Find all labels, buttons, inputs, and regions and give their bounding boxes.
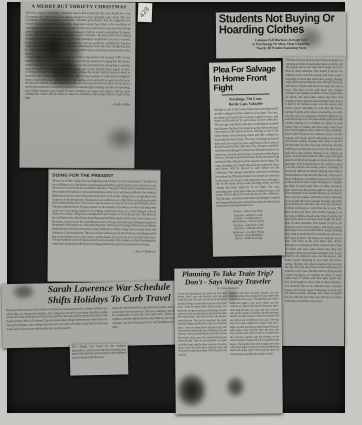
thrifty-signature: —Gayle Gibbs	[25, 102, 130, 107]
archive-number-label: 428	[139, 6, 151, 19]
train-byline: By Anne Robinson	[177, 286, 278, 290]
present-body-text: Most of us of this college have enough s…	[52, 180, 157, 248]
plea-names-list: Wilson—Mary Kay Ryan Timonds—Phyllis Loc…	[216, 209, 281, 241]
clipping-plea-for-salvage: Plea For Salvage In Home Front Fight Sto…	[209, 61, 285, 256]
students-subhead-3: Nearly All Predict Rationing Soon	[219, 45, 343, 50]
clipping-train-trip: Planning To Take Train Trip? Don't - Say…	[174, 267, 283, 414]
train-column-2: Soldiers ride first and they should, say…	[229, 291, 279, 415]
present-headline: DOING FOR THE PRESENT	[52, 173, 156, 179]
thrifty-headline: A MERRY BUT THRIFTY CHRISTMAS	[32, 5, 131, 11]
students-column-text: The lines in the poll show that clothes …	[284, 59, 342, 304]
train-columns: If you are planning to go home by train …	[177, 291, 279, 415]
train-headline-line2: Don't - Says Weary Traveler	[177, 277, 278, 286]
sarah-column-1: Because of the request of the Office of …	[6, 307, 108, 347]
clipping-students-column: The lines in the poll show that clothes …	[281, 57, 346, 346]
students-headline: Students Not Buying Or Hoarding Clothes	[219, 14, 337, 37]
thrifty-body-2: A large number of Christmas buying lists…	[25, 56, 130, 101]
present-signature: —Jane O'Mahoney	[52, 248, 156, 253]
archive-number-tag: 428	[138, 3, 153, 22]
clipping-doing-for-the-present: DOING FOR THE PRESENT Most of us of this…	[48, 169, 161, 283]
clipping-sarah-lawrence-extension: The change was voted by the students the…	[70, 343, 129, 375]
plea-body-text: Salvage is one of the home fronts most p…	[214, 108, 280, 209]
plea-divider-rule	[222, 94, 270, 96]
ink-smudge-faint	[104, 124, 136, 152]
scrapbook-photo: A MERRY BUT THRIFTY CHRISTMAS With the c…	[0, 0, 362, 425]
plea-headline-line2: In Home Front Fight	[213, 73, 277, 92]
train-column-1: If you are planning to go home by train …	[177, 292, 227, 415]
thrifty-body-1: With the country reminding Christmas buy…	[25, 12, 130, 57]
clipping-students-headline-block: Students Not Buying Or Hoarding Clothes …	[216, 12, 346, 59]
clipping-thrifty-christmas: A MERRY BUT THRIFTY CHRISTMAS With the c…	[19, 2, 135, 169]
sarah-extension-text: The change was voted by the students the…	[72, 344, 126, 360]
